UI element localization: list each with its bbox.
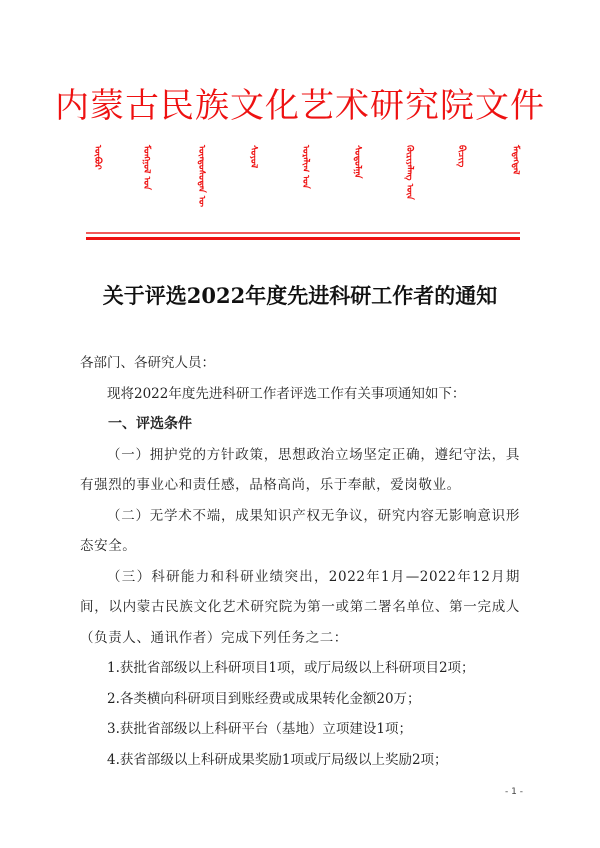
letterhead-divider-thick — [86, 237, 520, 240]
clause-2: （二）无学术不端，成果知识产权无争议，研究内容无影响意识形态安全。 — [80, 501, 520, 562]
document-title: 关于评选2022年度先进科研工作者的通知 — [0, 280, 600, 310]
task-item: 4.获省部级以上科研成果奖励1项或厅局级以上奖励2项； — [80, 745, 520, 776]
intro-paragraph: 现将2022年度先进科研工作者评选工作有关事项通知如下： — [80, 379, 520, 410]
org-letterhead-title: 内蒙古民族文化艺术研究院文件 — [0, 78, 600, 127]
mongolian-word: ᠰᠣᠶᠣᠯ — [248, 145, 258, 168]
task-item: 3.获批省部级以上科研平台（基地）立项建设1项； — [80, 714, 520, 745]
mongolian-word: ᠦᠨᠳᠦᠰᠦᠲᠡᠨ ᠦ — [196, 145, 206, 207]
mongolian-word: ᠤᠷᠠᠯᠢᠭ ᠤᠨ — [300, 145, 310, 189]
mongolian-letterhead: ᠥᠪᠦᠷ ᠮᠣᠩᠭᠣᠯ ᠤᠨ ᠦᠨᠳᠦᠰᠦᠲᠡᠨ ᠦ ᠰᠣᠶᠣᠯ ᠤᠷᠠᠯᠢᠭ … — [92, 145, 532, 225]
task-item: 1.获批省部级以上科研项目1项，或厅局级以上科研项目2项； — [80, 653, 520, 684]
page-number: - 1 - — [505, 787, 523, 797]
salutation: 各部门、各研究人员： — [80, 348, 520, 379]
letterhead-divider-thin — [86, 232, 520, 234]
document-body: 各部门、各研究人员： 现将2022年度先进科研工作者评选工作有关事项通知如下： … — [80, 348, 520, 775]
mongolian-word: ᠰᠤᠳᠤᠯᠭᠠ — [352, 145, 362, 178]
task-item: 2.各类横向科研项目到账经费或成果转化金额20万； — [80, 684, 520, 715]
section-heading: 一、评选条件 — [80, 409, 520, 440]
mongolian-word: ᠮᠡᠳᠡᠭᠳᠡᠯ — [510, 145, 520, 175]
mongolian-word: ᠮᠣᠩᠭᠣᠯ ᠤᠨ — [141, 145, 151, 190]
clause-1: （一）拥护党的方针政策，思想政治立场坚定正确，遵纪守法，具有强烈的事业心和责任感… — [80, 440, 520, 501]
mongolian-word: ᠥᠪᠦᠷ — [92, 145, 102, 170]
clause-3: （三）科研能力和科研业绩突出，2022年1月—2022年12月期间，以内蒙古民族… — [80, 562, 520, 654]
mongolian-word: ᠬᠦᠷᠢᠶᠡᠯᠡᠩ ᠦᠨ — [404, 145, 414, 200]
mongolian-word: ᠪᠢᠴᠢᠭ — [456, 145, 466, 167]
